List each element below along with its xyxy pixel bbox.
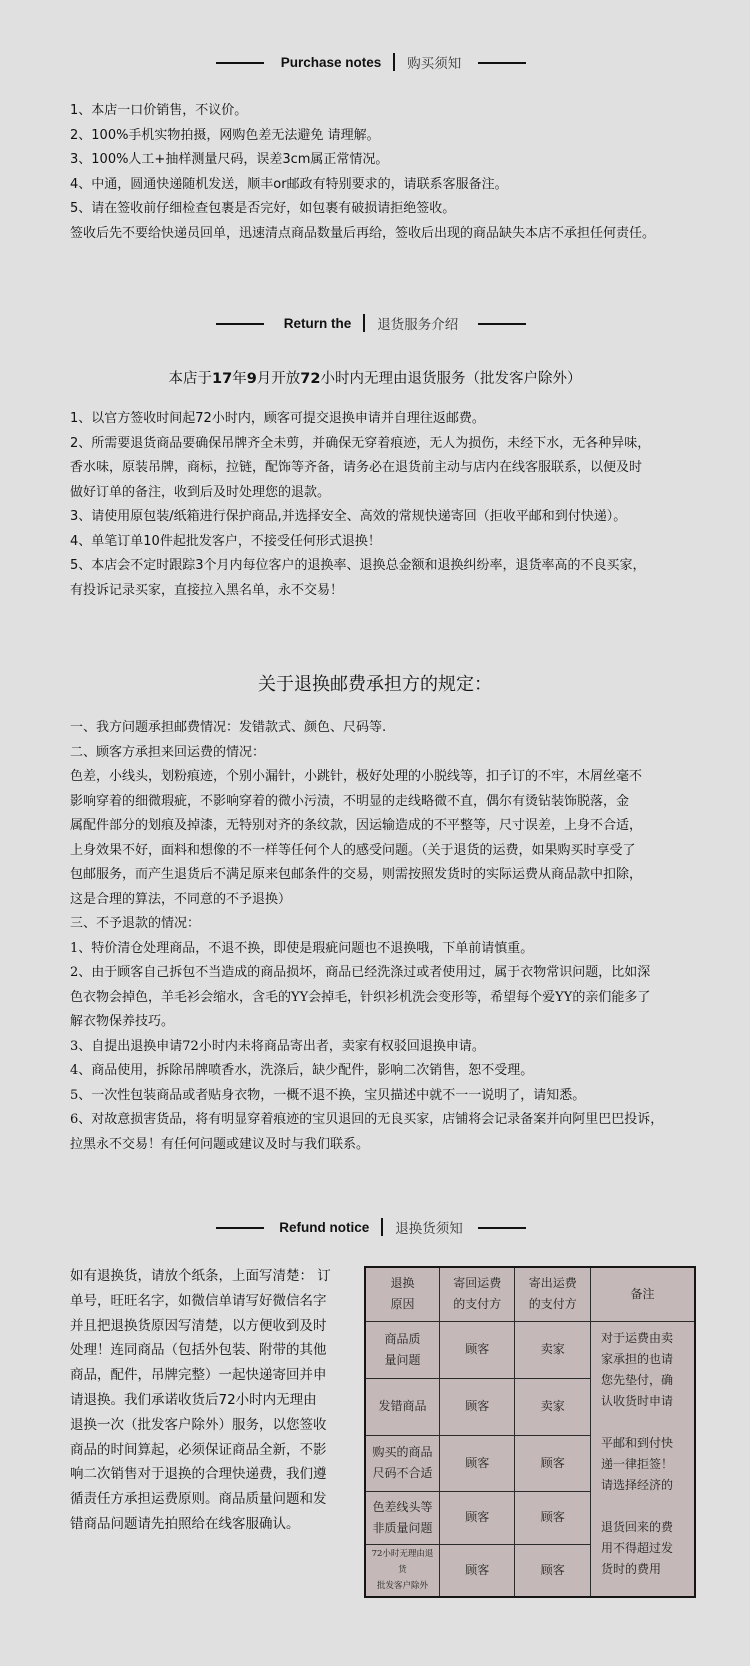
send-payer-cell: 卖家 [515, 1378, 590, 1435]
header-en: Refund notice [279, 1220, 369, 1235]
divider-line [478, 62, 526, 64]
header-cn: 退换货须知 [395, 1217, 463, 1237]
note-cell: 对于运费由卖 家承担的也请 您先垫付，确 认收货时申请 平邮和到付快 递一律拒签… [590, 1321, 695, 1597]
send-payer-cell: 顾客 [515, 1544, 590, 1597]
shipping-rules-title: 关于退换邮费承担方的规定： [0, 670, 750, 696]
text-line: 并且把退换货原因写清楚，以方便收到及时 [70, 1314, 360, 1339]
list-item: 有投诉记录买家，直接拉入黑名单，永不交易！ [70, 579, 710, 604]
intro-month: 9 [247, 371, 257, 387]
header-cell: 备注 [590, 1267, 695, 1321]
return-payer-cell: 顾客 [440, 1321, 515, 1378]
return-payer-cell: 顾客 [440, 1544, 515, 1597]
header-en: Return the [284, 316, 352, 331]
rule-line: 4、商品使用，拆除吊牌喷香水，洗涤后，缺少配件，影响二次销售，恕不受理。 [70, 1059, 710, 1084]
header-en: Purchase notes [281, 55, 382, 70]
divider-line [478, 1227, 526, 1229]
header-cell: 寄回运费的支付方 [440, 1267, 515, 1321]
reason-cell: 购买的商品尺码不合适 [365, 1435, 440, 1491]
rule-line: 2、由于顾客自己拆包不当造成的商品损坏，商品已经洗涤过或者使用过，属于衣物常识问… [70, 961, 710, 986]
reason-cell: 商品质量问题 [365, 1321, 440, 1378]
header-cn: 退货服务介绍 [377, 313, 458, 333]
rule-line: 3、自提出退换申请72小时内未将商品寄出者，卖家有权驳回退换申请。 [70, 1035, 710, 1060]
purchase-notes-list: 1、本店一口价销售，不议价。 2、100%手机实物拍摄，网购色差无法避免 请理解… [70, 99, 710, 246]
list-item: 香水味，原装吊牌，商标，拉链，配饰等齐备，请务必在退货前主动与店内在线客服联系，… [70, 456, 710, 481]
rule-line: 色差，小线头，划粉痕迹，个别小漏针，小跳针，极好处理的小脱线等，扣子订的不牢，木… [70, 765, 710, 790]
text-line: 商品，配件，吊牌完整）一起快递寄回并申 [70, 1363, 360, 1388]
list-item: 4、中通，圆通快递随机发送，顺丰or邮政有特别要求的，请联系客服备注。 [70, 173, 710, 198]
rule-line: 5、一次性包装商品或者贴身衣物，一概不退不换，宝贝描述中就不一一说明了，请知悉。 [70, 1084, 710, 1109]
intro-year: 17 [212, 371, 232, 387]
list-item: 1、本店一口价销售，不议价。 [70, 99, 710, 124]
list-item: 签收后先不要给快递员回单，迅速清点商品数量后再给，签收后出现的商品缺失本店不承担… [70, 222, 710, 247]
list-item: 5、请在签收前仔细检查包裹是否完好，如包裹有破损请拒绝签收。 [70, 197, 710, 222]
header-separator [381, 1218, 383, 1236]
rule-line: 拉黑永不交易！有任何问题或建议及时与我们联系。 [70, 1133, 710, 1158]
list-item: 做好订单的备注，收到后及时处理您的退款。 [70, 481, 710, 506]
list-item: 4、单笔订单10件起批发客户，不接受任何形式退换！ [70, 530, 710, 555]
shipping-fee-table: 退换原因 寄回运费的支付方 寄出运费的支付方 备注 商品质量问题 顾客 卖家 对… [364, 1266, 696, 1598]
header-cn: 购买须知 [407, 52, 461, 72]
rule-line: 包邮服务，而产生退货后不满足原来包邮条件的交易，则需按照发货时的实际运费从商品款… [70, 863, 710, 888]
table-header-row: 退换原因 寄回运费的支付方 寄出运费的支付方 备注 [365, 1267, 695, 1321]
text-line: 处理！连同商品（包括外包装、附带的其他 [70, 1338, 360, 1363]
divider-line [216, 323, 264, 325]
return-service-header: Return the 退货服务介绍 [216, 311, 526, 335]
text-line: 单号，旺旺名字，如微信单请写好微信名字 [70, 1289, 360, 1314]
text-line: 请退换。我们承诺收货后72小时内无理由 [70, 1388, 360, 1413]
reason-cell: 发错商品 [365, 1378, 440, 1435]
refund-notice-header: Refund notice 退换货须知 [216, 1215, 526, 1239]
rule-line: 解衣物保养技巧。 [70, 1010, 710, 1035]
intro-text: 本店于 [169, 371, 213, 387]
send-payer-cell: 顾客 [515, 1491, 590, 1544]
return-payer-cell: 顾客 [440, 1378, 515, 1435]
intro-text: 月开放 [257, 371, 301, 387]
header-cell: 寄出运费的支付方 [515, 1267, 590, 1321]
text-line: 商品的时间算起，必须保证商品全新，不影 [70, 1438, 360, 1463]
divider-line [478, 323, 526, 325]
text-line: 循责任方承担运费原则。商品质量问题和发 [70, 1487, 360, 1512]
list-item: 3、请使用原包装/纸箱进行保护商品,并选择安全、高效的常规快递寄回（拒收平邮和到… [70, 505, 710, 530]
intro-text: 年 [232, 371, 247, 387]
list-item: 3、100%人工+抽样测量尺码，误差3cm属正常情况。 [70, 148, 710, 173]
reason-cell: 72小时无理由退货批发客户除外 [365, 1544, 440, 1597]
table-row: 商品质量问题 顾客 卖家 对于运费由卖 家承担的也请 您先垫付，确 认收货时申请… [365, 1321, 695, 1378]
rule-line: 属配件部分的划痕及掉漆，无特别对齐的条纹款，因运输造成的不平整等，尺寸误差，上身… [70, 814, 710, 839]
text-line: 错商品问题请先拍照给在线客服确认。 [70, 1512, 360, 1537]
rule-line: 6、对故意损害货品，将有明显穿着痕迹的宝贝退回的无良买家，店铺将会记录备案并向阿… [70, 1108, 710, 1133]
divider-line [216, 62, 264, 64]
return-service-list: 1、以官方签收时间起72小时内，顾客可提交退换申请并自理往返邮费。 2、所需要退… [70, 407, 710, 603]
rule-line: 1、特价清仓处理商品，不退不换，即使是瑕疵问题也不退换哦，下单前请慎重。 [70, 937, 710, 962]
list-item: 1、以官方签收时间起72小时内，顾客可提交退换申请并自理往返邮费。 [70, 407, 710, 432]
rule-line: 色衣物会掉色，羊毛衫会缩水，含毛的YY会掉毛，针织衫机洗会变形等，希望每个爱YY… [70, 986, 710, 1011]
intro-text: 小时内无理由退货服务（批发客户除外） [320, 371, 581, 387]
list-item: 5、本店会不定时跟踪3个月内每位客户的退换率、退换总金额和退换纠纷率，退货率高的… [70, 554, 710, 579]
divider-line [216, 1227, 264, 1229]
rule-line: 二、顾客方承担来回运费的情况： [70, 741, 710, 766]
reason-cell: 色差线头等非质量问题 [365, 1491, 440, 1544]
list-item: 2、所需要退货商品要确保吊牌齐全未剪，并确保无穿着痕迹，无人为损伤，未经下水，无… [70, 432, 710, 457]
return-payer-cell: 顾客 [440, 1491, 515, 1544]
send-payer-cell: 卖家 [515, 1321, 590, 1378]
rule-line: 这是合理的算法，不同意的不予退换） [70, 888, 710, 913]
return-payer-cell: 顾客 [440, 1435, 515, 1491]
text-line: 如有退换货，请放个纸条，上面写清楚： 订 [70, 1264, 360, 1289]
purchase-notes-header: Purchase notes 购买须知 [216, 50, 526, 74]
header-separator [363, 314, 365, 332]
rule-line: 一、我方问题承担邮费情况：发错款式、颜色、尺码等. [70, 716, 710, 741]
intro-hours: 72 [300, 371, 320, 387]
rule-line: 上身效果不好，面料和想像的不一样等任何个人的感受问题。（关于退货的运费，如果购买… [70, 839, 710, 864]
rule-line: 影响穿着的细微瑕疵，不影响穿着的微小污渍，不明显的走线略微不直，偶尔有烫钻装饰脱… [70, 790, 710, 815]
send-payer-cell: 顾客 [515, 1435, 590, 1491]
text-line: 退换一次（批发客户除外）服务，以您签收 [70, 1413, 360, 1438]
refund-notice-text: 如有退换货，请放个纸条，上面写清楚： 订 单号，旺旺名字，如微信单请写好微信名字… [70, 1264, 360, 1537]
header-separator [393, 53, 395, 71]
header-cell: 退换原因 [365, 1267, 440, 1321]
return-intro: 本店于17年9月开放72小时内无理由退货服务（批发客户除外） [0, 367, 750, 388]
rule-line: 三、不予退款的情况： [70, 912, 710, 937]
list-item: 2、100%手机实物拍摄，网购色差无法避免 请理解。 [70, 124, 710, 149]
shipping-rules-list: 一、我方问题承担邮费情况：发错款式、颜色、尺码等. 二、顾客方承担来回运费的情况… [70, 716, 710, 1157]
text-line: 响二次销售对于退换的合理快递费，我们遵 [70, 1462, 360, 1487]
